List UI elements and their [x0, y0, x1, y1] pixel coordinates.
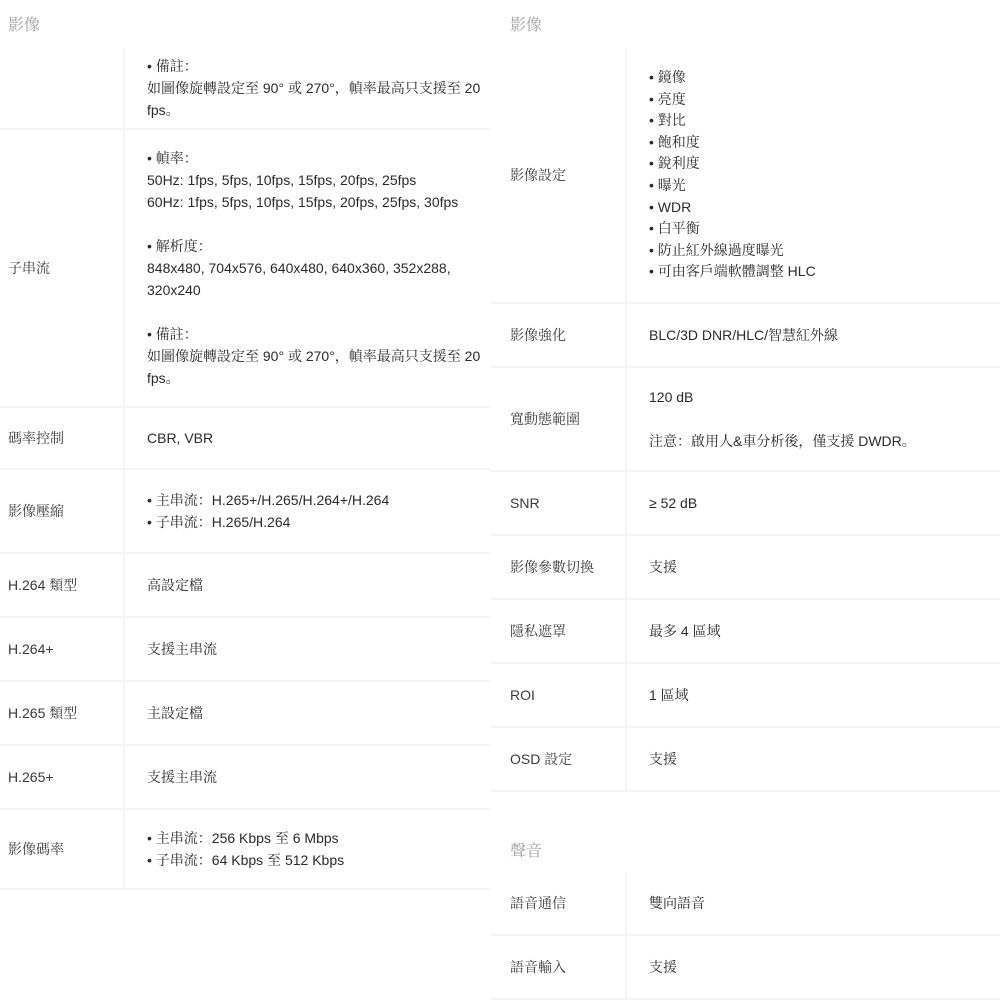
section-title-video: 影像 — [510, 12, 542, 35]
value-line: ≥ 52 dB — [649, 492, 1000, 514]
spec-row-compression: 影像壓縮 • 主串流：H.265+/H.265/H.264+/H.264 • 子… — [0, 470, 490, 554]
value-line: 120 dB — [649, 386, 1000, 408]
spec-label: H.265+ — [0, 746, 125, 810]
spec-row-voice-communication: 語音通信 雙向語音 — [490, 872, 1000, 936]
value-line: 848x480, 704x576, 640x480, 640x360, 352x… — [147, 257, 490, 279]
spec-label: 寬動態範圍 — [490, 368, 627, 472]
spec-row-h264-type: H.264 類型 高設定檔 — [0, 554, 490, 618]
value-line: • 白平衡 — [649, 218, 1000, 240]
value-line: 1 區域 — [649, 684, 1000, 706]
spec-value: 最多 4 區域 — [627, 600, 1000, 664]
spec-label: H.265 類型 — [0, 682, 125, 746]
spec-label: 語音通信 — [490, 872, 627, 936]
value-line: • 解析度： — [147, 235, 490, 257]
value-line: 支援主串流 — [147, 766, 490, 788]
spec-value: 主設定檔 — [125, 682, 490, 746]
spec-label — [0, 48, 125, 130]
spacer — [147, 301, 490, 323]
value-line: 320x240 — [147, 279, 490, 301]
spacer — [649, 408, 1000, 430]
spec-value: 120 dB 注意：啟用人&車分析後，僅支援 DWDR。 — [627, 368, 1000, 472]
value-line: • 可由客戶端軟體調整 HLC — [649, 261, 1000, 283]
value-line: 60Hz: 1fps, 5fps, 10fps, 15fps, 20fps, 2… — [147, 191, 490, 213]
value-line: • 備註： — [147, 323, 490, 345]
value-line: 支援主串流 — [147, 638, 490, 660]
spec-value: 雙向語音 — [627, 872, 1000, 936]
section-title-audio: 聲音 — [510, 838, 542, 861]
spec-label: OSD 設定 — [490, 728, 627, 792]
spec-value: 1 區域 — [627, 664, 1000, 728]
value-line: 支援 — [649, 556, 1000, 578]
value-line: • WDR — [649, 197, 1000, 219]
value-line: • 鏡像 — [649, 67, 1000, 89]
spec-label: H.264+ — [0, 618, 125, 682]
spec-row-bitrate-control: 碼率控制 CBR, VBR — [0, 408, 490, 470]
value-line: fps。 — [147, 367, 490, 389]
value-line: fps。 — [147, 99, 490, 121]
spec-label: 隱私遮罩 — [490, 600, 627, 664]
spec-row-note: • 備註： 如圖像旋轉設定至 90° 或 270°，幀率最高只支援至 20 fp… — [0, 48, 490, 130]
value-line: • 備註： — [147, 55, 490, 77]
value-line: • 對比 — [649, 110, 1000, 132]
spec-value: BLC/3D DNR/HLC/智慧紅外線 — [627, 304, 1000, 368]
spec-row-video-bitrate: 影像碼率 • 主串流：256 Kbps 至 6 Mbps • 子串流：64 Kb… — [0, 810, 490, 890]
spec-row-substream: 子串流 • 幀率： 50Hz: 1fps, 5fps, 10fps, 15fps… — [0, 130, 490, 408]
spec-value: 支援 — [627, 728, 1000, 792]
value-line: 如圖像旋轉設定至 90° 或 270°，幀率最高只支援至 20 — [147, 345, 490, 367]
spec-row-privacy-mask: 隱私遮罩 最多 4 區域 — [490, 600, 1000, 664]
spec-value: • 幀率： 50Hz: 1fps, 5fps, 10fps, 15fps, 20… — [125, 130, 490, 408]
spec-row-snr: SNR ≥ 52 dB — [490, 472, 1000, 536]
spec-row-h264-plus: H.264+ 支援主串流 — [0, 618, 490, 682]
spec-label: 子串流 — [0, 130, 125, 408]
spec-value: 支援主串流 — [125, 746, 490, 810]
spec-row-image-enhancement: 影像強化 BLC/3D DNR/HLC/智慧紅外線 — [490, 304, 1000, 368]
spec-label: 影像參數切換 — [490, 536, 627, 600]
spec-label: H.264 類型 — [0, 554, 125, 618]
spec-value: • 鏡像 • 亮度 • 對比 • 飽和度 • 銳利度 • 曝光 • WDR • … — [627, 48, 1000, 304]
spec-row-h265-plus: H.265+ 支援主串流 — [0, 746, 490, 810]
spec-row-image-param-switch: 影像參數切換 支援 — [490, 536, 1000, 600]
value-line: • 子串流：H.265/H.264 — [147, 511, 490, 533]
value-line: • 子串流：64 Kbps 至 512 Kbps — [147, 849, 490, 871]
spec-label: 碼率控制 — [0, 408, 125, 470]
value-line: 支援 — [649, 748, 1000, 770]
value-line: • 曝光 — [649, 175, 1000, 197]
spec-value: 支援 — [627, 536, 1000, 600]
spec-label: ROI — [490, 664, 627, 728]
spec-value: 支援 — [627, 936, 1000, 1000]
spec-value: • 主串流：256 Kbps 至 6 Mbps • 子串流：64 Kbps 至 … — [125, 810, 490, 890]
section-title-video: 影像 — [8, 12, 40, 35]
spec-value: 支援主串流 — [125, 618, 490, 682]
spec-label: 影像壓縮 — [0, 470, 125, 554]
value-line: • 飽和度 — [649, 132, 1000, 154]
spec-label: 影像設定 — [490, 48, 627, 304]
spec-row-osd: OSD 設定 支援 — [490, 728, 1000, 792]
spec-row-roi: ROI 1 區域 — [490, 664, 1000, 728]
spec-value: ≥ 52 dB — [627, 472, 1000, 536]
value-line: 支援 — [649, 956, 1000, 978]
value-line: 注意：啟用人&車分析後，僅支援 DWDR。 — [649, 430, 1000, 452]
value-line: 主設定檔 — [147, 702, 490, 724]
value-line: • 銳利度 — [649, 153, 1000, 175]
spec-label: 語音輸入 — [490, 936, 627, 1000]
value-line: 高設定檔 — [147, 574, 490, 596]
value-line: CBR, VBR — [147, 427, 490, 449]
spec-row-voice-input: 語音輸入 支援 — [490, 936, 1000, 1000]
value-line: • 亮度 — [649, 89, 1000, 111]
value-line: • 主串流：256 Kbps 至 6 Mbps — [147, 827, 490, 849]
value-line: • 主串流：H.265+/H.265/H.264+/H.264 — [147, 489, 490, 511]
spec-value: • 備註： 如圖像旋轉設定至 90° 或 270°，幀率最高只支援至 20 fp… — [125, 48, 490, 130]
value-line: 最多 4 區域 — [649, 620, 1000, 642]
spec-value: CBR, VBR — [125, 408, 490, 470]
value-line: 如圖像旋轉設定至 90° 或 270°，幀率最高只支援至 20 — [147, 77, 490, 99]
spec-value: • 主串流：H.265+/H.265/H.264+/H.264 • 子串流：H.… — [125, 470, 490, 554]
value-line: • 防止紅外線過度曝光 — [649, 240, 1000, 262]
value-line: 50Hz: 1fps, 5fps, 10fps, 15fps, 20fps, 2… — [147, 169, 490, 191]
spec-value: 高設定檔 — [125, 554, 490, 618]
spec-label: 影像碼率 — [0, 810, 125, 890]
spec-row-h265-type: H.265 類型 主設定檔 — [0, 682, 490, 746]
value-line: • 幀率： — [147, 147, 490, 169]
spec-row-image-settings: 影像設定 • 鏡像 • 亮度 • 對比 • 飽和度 • 銳利度 • 曝光 • W… — [490, 48, 1000, 304]
spec-label: 影像強化 — [490, 304, 627, 368]
value-line: BLC/3D DNR/HLC/智慧紅外線 — [649, 324, 1000, 346]
spec-label: SNR — [490, 472, 627, 536]
spacer — [147, 213, 490, 235]
spec-row-wdr: 寬動態範圍 120 dB 注意：啟用人&車分析後，僅支援 DWDR。 — [490, 368, 1000, 472]
value-line: 雙向語音 — [649, 892, 1000, 914]
